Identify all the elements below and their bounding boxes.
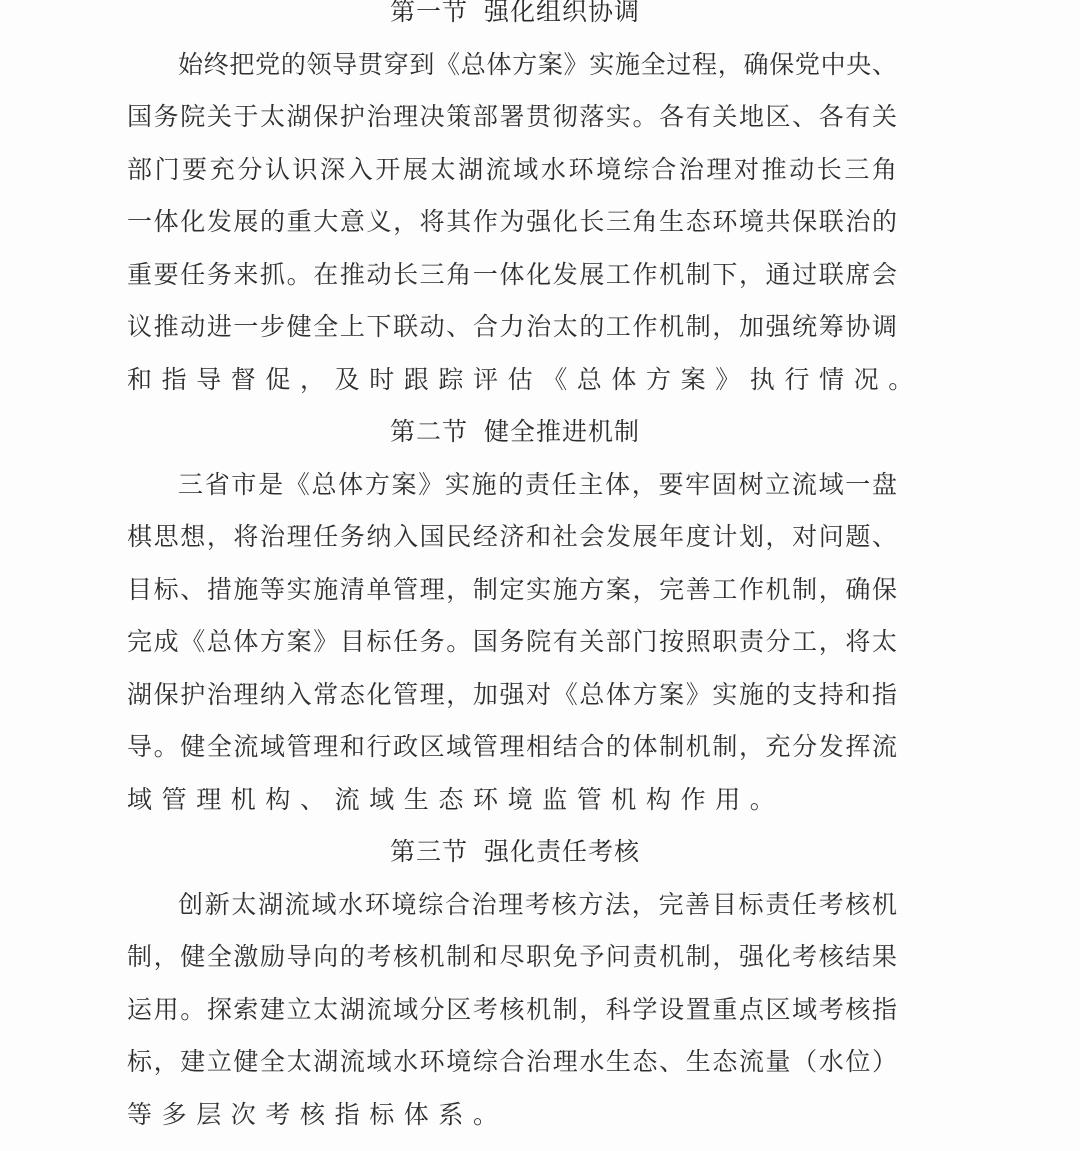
paragraph-line: 运用。探索建立太湖流域分区考核机制，科学设置重点区域考核指: [127, 984, 897, 1037]
paragraph-line: 部门要充分认识深入开展太湖流域水环境综合治理对推动长三角: [127, 144, 897, 197]
document-page: 第一节强化组织协调 始终把党的领导贯穿到《总体方案》实施全过程，确保党中央、 国…: [0, 0, 1080, 1151]
paragraph-line: 议推动进一步健全上下联动、合力治太的工作机制，加强统筹协调: [127, 301, 897, 354]
document-body: 第一节强化组织协调 始终把党的领导贯穿到《总体方案》实施全过程，确保党中央、 国…: [127, 0, 897, 1141]
paragraph-line: 创新太湖流域水环境综合治理考核方法，完善目标责任考核机: [127, 879, 897, 932]
section-title: 健全推进机制: [484, 417, 640, 446]
section-heading-2: 第二节健全推进机制: [127, 406, 897, 459]
paragraph-line: 始终把党的领导贯穿到《总体方案》实施全过程，确保党中央、: [127, 39, 897, 92]
section-number: 第三节: [390, 837, 468, 866]
paragraph-line: 标，建立健全太湖流域水环境综合治理水生态、生态流量（水位）: [127, 1036, 897, 1089]
paragraph-line: 域管理机构、流域生态环境监管机构作用。: [127, 774, 897, 827]
paragraph-line: 湖保护治理纳入常态化管理，加强对《总体方案》实施的支持和指: [127, 669, 897, 722]
section-heading-1: 第一节强化组织协调: [127, 0, 897, 39]
section-number: 第一节: [390, 0, 468, 26]
paragraph-line: 等多层次考核指标体系。: [127, 1089, 897, 1142]
paragraph-line: 一体化发展的重大意义，将其作为强化长三角生态环境共保联治的: [127, 196, 897, 249]
paragraph-line: 目标、措施等实施清单管理，制定实施方案，完善工作机制，确保: [127, 564, 897, 617]
paragraph-line: 制，健全激励导向的考核机制和尽职免予问责机制，强化考核结果: [127, 931, 897, 984]
section-title: 强化责任考核: [484, 837, 640, 866]
paragraph-line: 棋思想，将治理任务纳入国民经济和社会发展年度计划，对问题、: [127, 511, 897, 564]
paragraph-line: 重要任务来抓。在推动长三角一体化发展工作机制下，通过联席会: [127, 249, 897, 302]
section-title: 强化组织协调: [484, 0, 640, 26]
section-heading-3: 第三节强化责任考核: [127, 826, 897, 879]
paragraph-line: 导。健全流域管理和行政区域管理相结合的体制机制，充分发挥流: [127, 721, 897, 774]
paragraph-line: 三省市是《总体方案》实施的责任主体，要牢固树立流域一盘: [127, 459, 897, 512]
section-number: 第二节: [390, 417, 468, 446]
paragraph-line: 和指导督促，及时跟踪评估《总体方案》执行情况。: [127, 354, 897, 407]
paragraph-line: 国务院关于太湖保护治理决策部署贯彻落实。各有关地区、各有关: [127, 91, 897, 144]
paragraph-line: 完成《总体方案》目标任务。国务院有关部门按照职责分工，将太: [127, 616, 897, 669]
